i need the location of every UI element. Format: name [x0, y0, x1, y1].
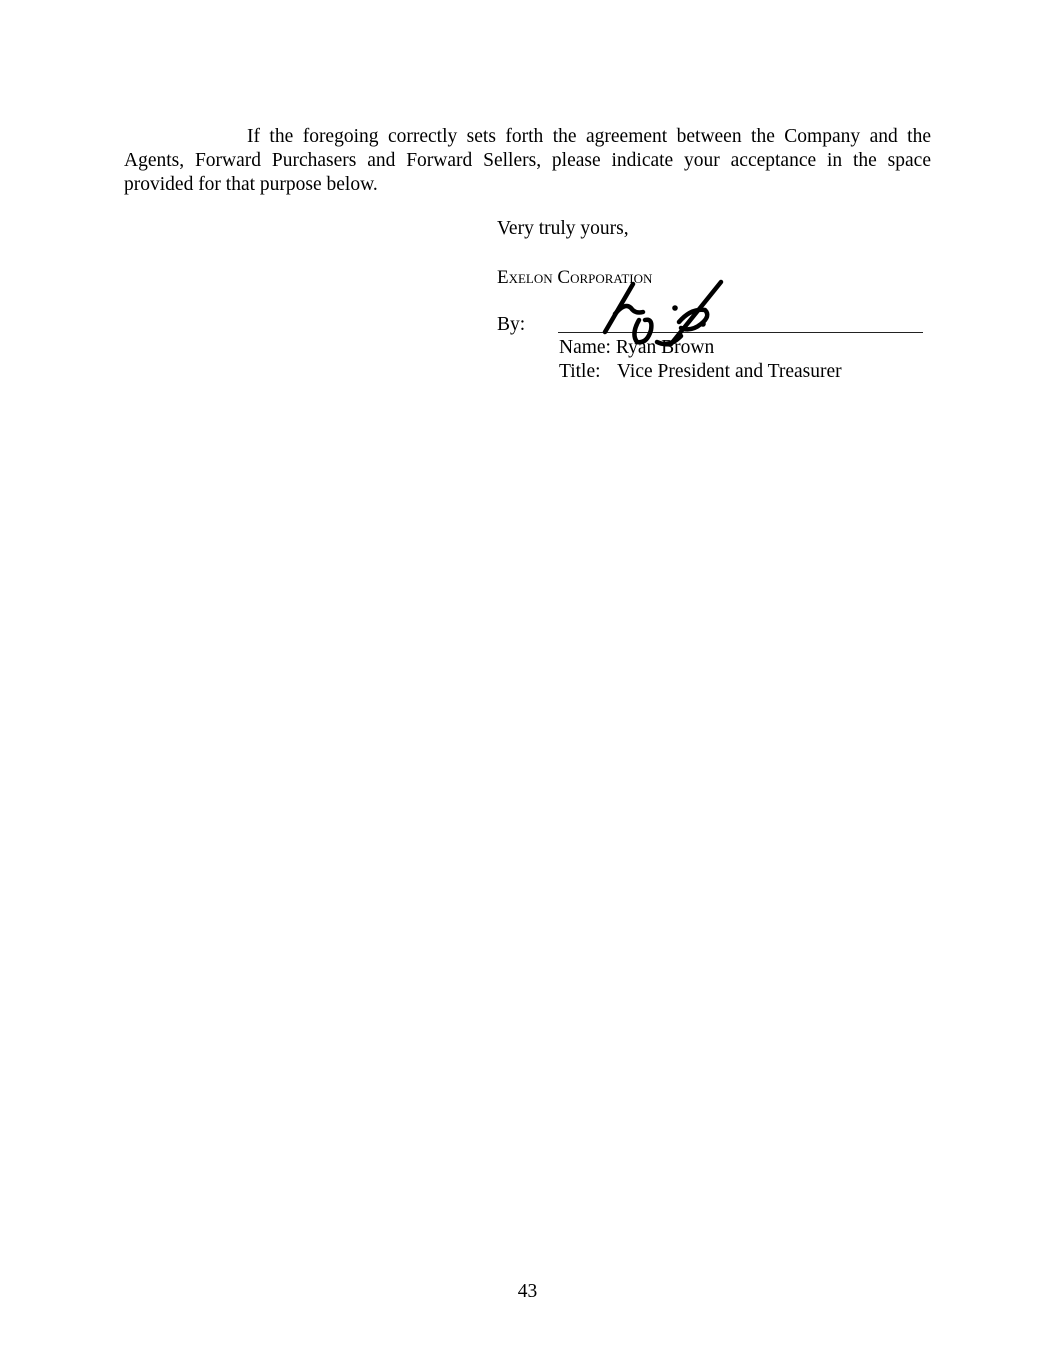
- signatory-title-line: Title:Vice President and Treasurer: [559, 360, 842, 384]
- page-number: 43: [0, 1280, 1055, 1304]
- signatory-title: Vice President and Treasurer: [617, 361, 842, 382]
- signatory-name-line: Name: Ryan Brown: [559, 336, 714, 360]
- title-label: Title:: [559, 360, 617, 384]
- name-label: Name:: [559, 337, 611, 358]
- signatory-name: Ryan Brown: [616, 337, 714, 358]
- closing-salutation: Very truly yours,: [497, 217, 629, 241]
- body-paragraph: If the foregoing correctly sets forth th…: [124, 125, 931, 197]
- by-label: By:: [497, 313, 525, 337]
- paragraph-text: If the foregoing correctly sets forth th…: [124, 126, 931, 195]
